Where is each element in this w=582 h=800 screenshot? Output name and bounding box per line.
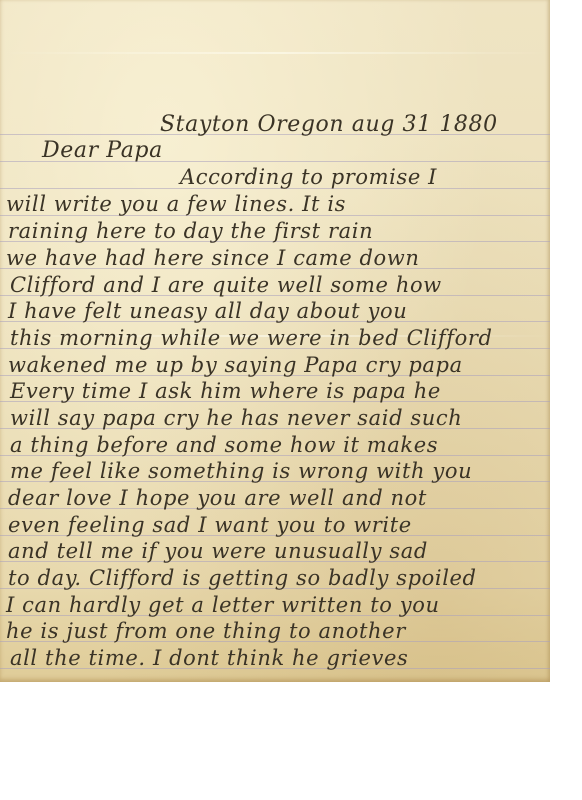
letter-line: According to promise I bbox=[180, 165, 437, 189]
letter-page: Stayton Oregon aug 31 1880 Dear Papa Acc… bbox=[0, 0, 550, 682]
letter-line: dear love I hope you are well and not bbox=[8, 486, 427, 510]
letter-line: he is just from one thing to another bbox=[6, 619, 406, 643]
letter-line: Clifford and I are quite well some how bbox=[10, 273, 442, 297]
letter-line: raining here to day the first rain bbox=[8, 219, 373, 243]
letter-line: to day. Clifford is getting so badly spo… bbox=[8, 566, 477, 590]
letter-line: wakened me up by saying Papa cry papa bbox=[8, 353, 463, 377]
letter-line: Every time I ask him where is papa he bbox=[10, 379, 441, 403]
letter-line: a thing before and some how it makes bbox=[10, 433, 438, 457]
letter-line: we have had here since I came down bbox=[6, 246, 419, 270]
letter-line: I have felt uneasy all day about you bbox=[8, 299, 407, 323]
letter-line: I can hardly get a letter written to you bbox=[6, 593, 440, 617]
letter-line: will write you a few lines. It is bbox=[6, 192, 346, 216]
letter-line: will say papa cry he has never said such bbox=[10, 406, 462, 430]
place-date: Stayton Oregon aug 31 1880 bbox=[160, 112, 498, 137]
letter-line: me feel like something is wrong with you bbox=[10, 459, 472, 483]
letter-line: even feeling sad I want you to write bbox=[8, 513, 412, 537]
letter-line: and tell me if you were unusually sad bbox=[8, 539, 428, 563]
salutation: Dear Papa bbox=[42, 138, 163, 163]
letter-line: this morning while we were in bed Cliffo… bbox=[10, 326, 493, 350]
letter-line: all the time. I dont think he grieves bbox=[10, 646, 408, 670]
paper-fold bbox=[0, 52, 550, 54]
